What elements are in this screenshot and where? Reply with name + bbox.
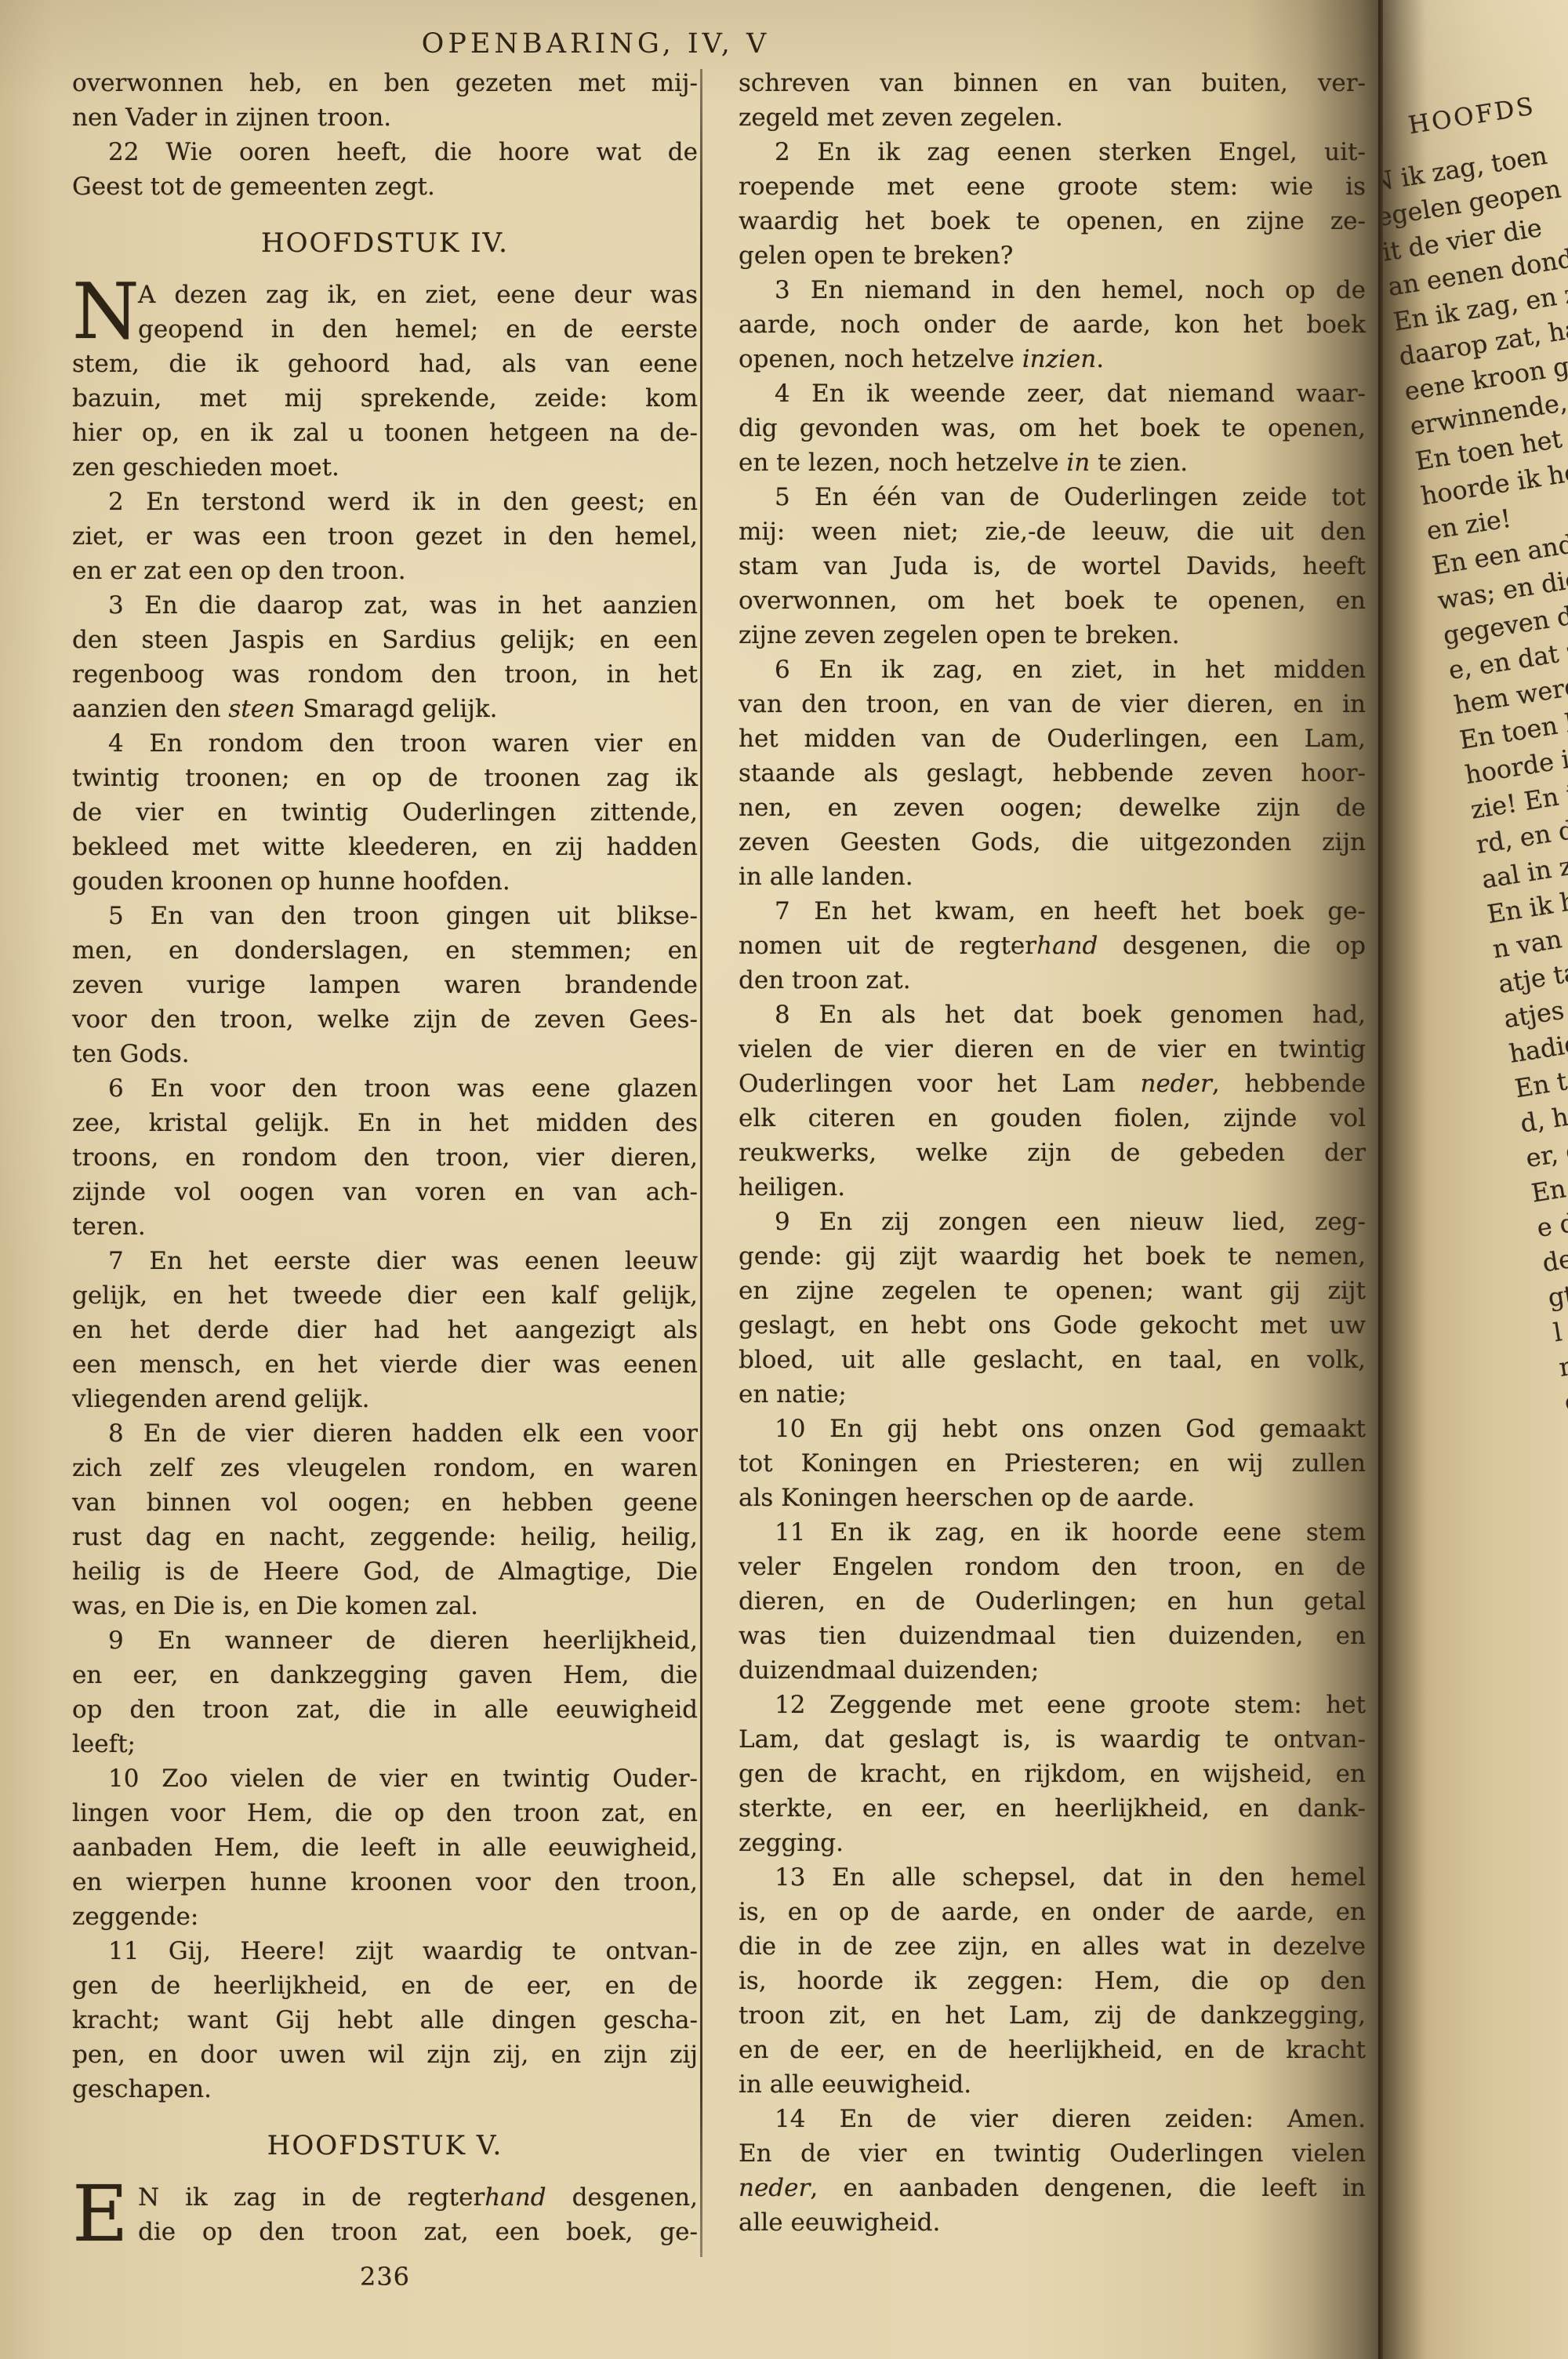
verse-block: NA dezen zag ik, en ziet, eene deur wasg… <box>72 278 698 485</box>
text-line: vliegenden arend gelijk. <box>72 1382 698 1416</box>
text-line: geslagt, en hebt ons Gode gekocht met uw <box>739 1308 1366 1343</box>
text-line: gen de heerlijkheid, en de eer, en de <box>72 1968 698 2003</box>
text-line: reukwerks, welke zijn de gebeden der <box>739 1136 1366 1170</box>
text-line: is, hoorde ik zeggen: Hem, die op den <box>739 1964 1366 1998</box>
text-line: 3 En niemand in den hemel, noch op de <box>739 273 1366 307</box>
text-line: de vier en twintig Ouderlingen zittende, <box>72 795 698 830</box>
book-spread-photo: { "colors": { "paper": "#e3d4ae", "paper… <box>0 0 1568 2359</box>
next-page-text: HOOFDS N ik zag, toenegelen geopenit de … <box>1383 60 1568 2292</box>
text-line: stem, die ik gehoord had, als van eene <box>72 347 698 381</box>
text-line: regenboog was rondom den troon, in het <box>72 657 698 692</box>
text-line: elk citeren en gouden fiolen, zijnde vol <box>739 1101 1366 1136</box>
text-column-left: overwonnen heb, en ben gezeten met mij-n… <box>72 66 698 2249</box>
drop-cap: E <box>72 2183 129 2246</box>
text-line: 11 En ik zag, en ik hoorde eene stem <box>739 1515 1366 1550</box>
text-line: gelen open te breken? <box>739 238 1366 273</box>
text-line: 9 En zij zongen een nieuw lied, zeg- <box>739 1205 1366 1239</box>
chapter-heading: HOOFDSTUK V. <box>72 2128 698 2163</box>
text-line: als Koningen heerschen op de aarde. <box>739 1481 1366 1515</box>
text-line: 10 En gij hebt ons onzen God gemaakt <box>739 1412 1366 1446</box>
text-line: bloed, uit alle geslacht, en taal, en vo… <box>739 1343 1366 1377</box>
text-line: en te lezen, noch hetzelve in te zien. <box>739 445 1366 480</box>
text-line: 5 En van den troon gingen uit blikse- <box>72 899 698 933</box>
text-line: leeft; <box>72 1727 698 1761</box>
text-line: heiligen. <box>739 1170 1366 1205</box>
text-line: dieren, en de Ouderlingen; en hun getal <box>739 1584 1366 1619</box>
left-page: OPENBARING, IV, V overwonnen heb, en ben… <box>0 0 1381 2359</box>
text-line: is, en op de aarde, en onder de aarde, e… <box>739 1895 1366 1929</box>
verse-block: schreven van binnen en van buiten, ver-z… <box>739 66 1366 2240</box>
text-line: geschapen. <box>72 2072 698 2106</box>
text-line: nen Vader in zijnen troon. <box>72 100 698 135</box>
text-line: tot Koningen en Priesteren; en wij zulle… <box>739 1446 1366 1481</box>
running-head: OPENBARING, IV, V <box>314 28 878 60</box>
text-line: 6 En voor den troon was eene glazen <box>72 1071 698 1106</box>
text-line: openen, noch hetzelve inzien. <box>739 342 1366 376</box>
text-line: duizendmaal duizenden; <box>739 1653 1366 1688</box>
text-line: mij: ween niet; zie,-de leeuw, die uit d… <box>739 514 1366 549</box>
text-line: Lam, dat geslagt is, is waardig te ontva… <box>739 1722 1366 1757</box>
text-line: heilig is de Heere God, de Almagtige, Di… <box>72 1554 698 1589</box>
text-line: was tien duizendmaal tien duizenden, en <box>739 1619 1366 1653</box>
text-line: 12 Zeggende met eene groote stem: het <box>739 1688 1366 1722</box>
text-line: zee, kristal gelijk. En in het midden de… <box>72 1106 698 1140</box>
text-line: en eer, en dankzegging gaven Hem, die <box>72 1658 698 1692</box>
page-number: 236 <box>72 2262 698 2292</box>
text-line: en zijne zegelen te openen; want gij zij… <box>739 1274 1366 1308</box>
text-line: En de vier en twintig Ouderlingen vielen <box>739 2136 1366 2171</box>
verse-block: overwonnen heb, en ben gezeten met mij-n… <box>72 66 698 204</box>
text-line: N ik zag in de regterhand desgenen, <box>72 2180 698 2215</box>
text-line: zeven vurige lampen waren brandende <box>72 968 698 1002</box>
text-line: zich zelf zes vleugelen rondom, en waren <box>72 1451 698 1485</box>
text-line: zijne zeven zegelen open te breken. <box>739 618 1366 652</box>
text-line: overwonnen, om het boek te openen, en <box>739 583 1366 618</box>
text-line: 8 En de vier dieren hadden elk een voor <box>72 1416 698 1451</box>
text-line: en natie; <box>739 1377 1366 1412</box>
text-line: 22 Wie ooren heeft, die hoore wat de <box>72 135 698 169</box>
text-line: 7 En het kwam, en heeft het boek ge- <box>739 894 1366 929</box>
text-line: kracht; want Gij hebt alle dingen gescha… <box>72 2003 698 2037</box>
text-line: die in de zee zijn, en alles wat in deze… <box>739 1929 1366 1964</box>
text-line: bazuin, met mij sprekende, zeide: kom <box>72 381 698 416</box>
text-line: gende: gij zijt waardig het boek te neme… <box>739 1239 1366 1274</box>
next-page-header-fragment: HOOFDS <box>1406 60 1568 143</box>
text-line: ziet, er was een troon gezet in den heme… <box>72 519 698 554</box>
text-line: teren. <box>72 1209 698 1244</box>
text-line: nen, en zeven oogen; dewelke zijn de <box>739 791 1366 825</box>
text-line: 3 En die daarop zat, was in het aanzien <box>72 588 698 623</box>
text-line: rust dag en nacht, zeggende: heilig, hei… <box>72 1520 698 1554</box>
text-line: waardig het boek te openen, en zijne ze- <box>739 204 1366 238</box>
text-line: van binnen vol oogen; en hebben geene <box>72 1485 698 1520</box>
column-divider-rule <box>700 69 702 2257</box>
text-line: zijnde vol oogen van voren en van ach- <box>72 1175 698 1209</box>
text-line: hier op, en ik zal u toonen hetgeen na d… <box>72 416 698 450</box>
text-column-right: schreven van binnen en van buiten, ver-z… <box>739 66 1366 2240</box>
text-line: gen de kracht, en rijkdom, en wijsheid, … <box>739 1757 1366 1791</box>
text-line: op den troon zat, die in alle eeuwigheid <box>72 1692 698 1727</box>
text-line: 14 En de vier dieren zeiden: Amen. <box>739 2102 1366 2136</box>
text-line: voor den troon, welke zijn de zeven Gees… <box>72 1002 698 1037</box>
text-line: 6 En ik zag, en ziet, in het midden <box>739 652 1366 687</box>
text-line: 4 En rondom den troon waren vier en <box>72 726 698 761</box>
text-line: aanzien den steen Smaragd gelijk. <box>72 692 698 726</box>
text-line: 4 En ik weende zeer, dat niemand waar- <box>739 376 1366 411</box>
text-line: aarde, noch onder de aarde, kon het boek <box>739 307 1366 342</box>
text-line: troons, en rondom den troon, vier dieren… <box>72 1140 698 1175</box>
text-line: 13 En alle schepsel, dat in den hemel <box>739 1860 1366 1895</box>
text-line: 2 En ik zag eenen sterken Engel, uit- <box>739 135 1366 169</box>
text-line: 9 En wanneer de dieren heerlijkheid, <box>72 1623 698 1658</box>
text-line: zeven Geesten Gods, die uitgezonden zijn <box>739 825 1366 860</box>
text-line: zegeld met zeven zegelen. <box>739 100 1366 135</box>
text-line: en het derde dier had het aangezigt als <box>72 1313 698 1347</box>
text-line: zegging. <box>739 1826 1366 1860</box>
text-line: en er zat een op den troon. <box>72 554 698 588</box>
text-line: Geest tot de gemeenten zegt. <box>72 169 698 204</box>
verse-block: 2 En terstond werd ik in den geest; enzi… <box>72 485 698 2106</box>
text-line: troon zit, en het Lam, zij de dankzeggin… <box>739 1998 1366 2033</box>
text-line: dig gevonden was, om het boek te openen, <box>739 411 1366 445</box>
text-line: een mensch, en het vierde dier was eenen <box>72 1347 698 1382</box>
text-line: ten Gods. <box>72 1037 698 1071</box>
text-line: neder, en aanbaden dengenen, die leeft i… <box>739 2171 1366 2205</box>
text-line: geopend in den hemel; en de eerste <box>72 312 698 347</box>
chapter-heading: HOOFDSTUK IV. <box>72 226 698 260</box>
drop-cap: N <box>72 281 140 343</box>
text-line: vielen de vier dieren en de vier en twin… <box>739 1032 1366 1067</box>
text-line: het midden van de Ouderlingen, een Lam, <box>739 722 1366 756</box>
text-line: roepende met eene groote stem: wie is <box>739 169 1366 204</box>
text-line: men, en donderslagen, en stemmen; en <box>72 933 698 968</box>
text-line: van den troon, en van de vier dieren, en… <box>739 687 1366 722</box>
text-line: die op den troon zat, een boek, ge- <box>72 2215 698 2249</box>
text-line: alle eeuwigheid. <box>739 2205 1366 2240</box>
text-line: bekleed met witte kleederen, en zij hadd… <box>72 830 698 864</box>
text-line: veler Engelen rondom den troon, en de <box>739 1550 1366 1584</box>
text-line: schreven van binnen en van buiten, ver- <box>739 66 1366 100</box>
text-line: zeggende: <box>72 1899 698 1934</box>
text-line: 11 Gij, Heere! zijt waardig te ontvan- <box>72 1934 698 1968</box>
text-line: en wierpen hunne kroonen voor den troon, <box>72 1865 698 1899</box>
text-line: en de eer, en de heerlijkheid, en de kra… <box>739 2033 1366 2067</box>
text-line: 2 En terstond werd ik in den geest; en <box>72 485 698 519</box>
text-line: 8 En als het dat boek genomen had, <box>739 998 1366 1032</box>
text-line: sterkte, en eer, en heerlijkheid, en dan… <box>739 1791 1366 1826</box>
text-line: den troon zat. <box>739 963 1366 998</box>
text-line: gouden kroonen op hunne hoofden. <box>72 864 698 899</box>
text-line: den steen Jaspis en Sardius gelijk; en e… <box>72 623 698 657</box>
next-page-edge: HOOFDS N ik zag, toenegelen geopenit de … <box>1383 0 1568 2359</box>
text-line: aanbaden Hem, die leeft in alle eeuwighe… <box>72 1830 698 1865</box>
text-line: lingen voor Hem, die op den troon zat, e… <box>72 1796 698 1830</box>
text-line: zen geschieden moet. <box>72 450 698 485</box>
text-line: gelijk, en het tweede dier een kalf geli… <box>72 1278 698 1313</box>
text-line: twintig troonen; en op de troonen zag ik <box>72 761 698 795</box>
text-line: in alle eeuwigheid. <box>739 2067 1366 2102</box>
text-line: pen, en door uwen wil zijn zij, en zijn … <box>72 2037 698 2072</box>
text-line: staande als geslagt, hebbende zeven hoor… <box>739 756 1366 791</box>
text-line: 10 Zoo vielen de vier en twintig Ouder- <box>72 1761 698 1796</box>
text-line: in alle landen. <box>739 860 1366 894</box>
text-line: nomen uit de regterhand desgenen, die op <box>739 929 1366 963</box>
text-line: was, en Die is, en Die komen zal. <box>72 1589 698 1623</box>
text-line: 7 En het eerste dier was eenen leeuw <box>72 1244 698 1278</box>
text-line: 5 En één van de Ouderlingen zeide tot <box>739 480 1366 514</box>
text-line: overwonnen heb, en ben gezeten met mij- <box>72 66 698 100</box>
text-line: Ouderlingen voor het Lam neder, hebbende <box>739 1067 1366 1101</box>
next-page-fragments: N ik zag, toenegelen geopenit de vier di… <box>1383 109 1568 2292</box>
text-line: A dezen zag ik, en ziet, eene deur was <box>72 278 698 312</box>
verse-block: EN ik zag in de regterhand desgenen,die … <box>72 2180 698 2249</box>
text-line: stam van Juda is, de wortel Davids, heef… <box>739 549 1366 583</box>
